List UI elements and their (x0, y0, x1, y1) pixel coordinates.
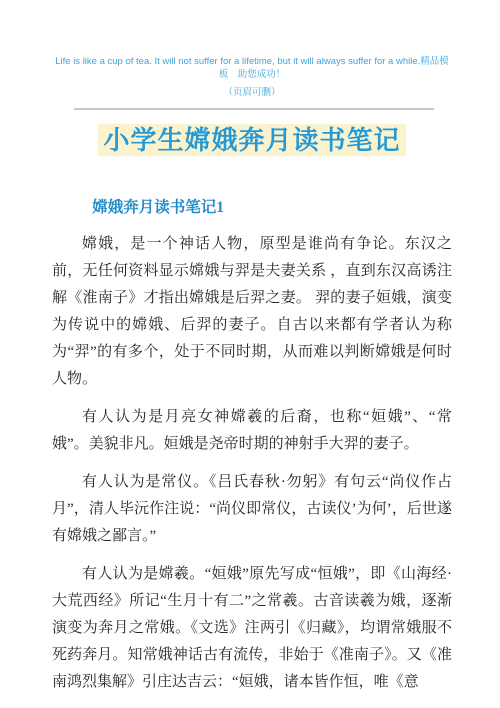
header-tagline: Life is like a cup of tea. It will not s… (52, 55, 452, 81)
document-page: Life is like a cup of tea. It will not s… (0, 0, 500, 708)
page-title: 小学生嫦娥奔月读书笔记 (52, 121, 452, 159)
page-title-text: 小学生嫦娥奔月读书笔记 (98, 124, 405, 156)
paragraph-4: 有人认为是嫦羲。“姮娥”原先写成“恒娥”，即《山海经·大荒西经》所记“生月十有二… (52, 561, 452, 696)
section-heading: 嫦娥奔月读书笔记1 (52, 195, 452, 217)
header-divider (74, 108, 434, 110)
paragraph-3: 有人认为是常仪。《吕氏春秋·勿躬》有句云“尚仪作占月”，清人毕沅作注说：“尚仪即… (52, 469, 452, 550)
header-deletable-note: （页眉可删） (52, 86, 452, 99)
paragraph-2: 有人认为是月亮女神嫦羲的后裔，也称“姮娥”、“常娥”。美貌非凡。姮娥是尧帝时期的… (52, 404, 452, 458)
article-body: 嫦娥，是一个神话人物，原型是谁尚有争论。东汉之前，无任何资料显示嫦娥与羿是夫妻关… (52, 231, 452, 696)
paragraph-1: 嫦娥，是一个神话人物，原型是谁尚有争论。东汉之前，无任何资料显示嫦娥与羿是夫妻关… (52, 231, 452, 393)
